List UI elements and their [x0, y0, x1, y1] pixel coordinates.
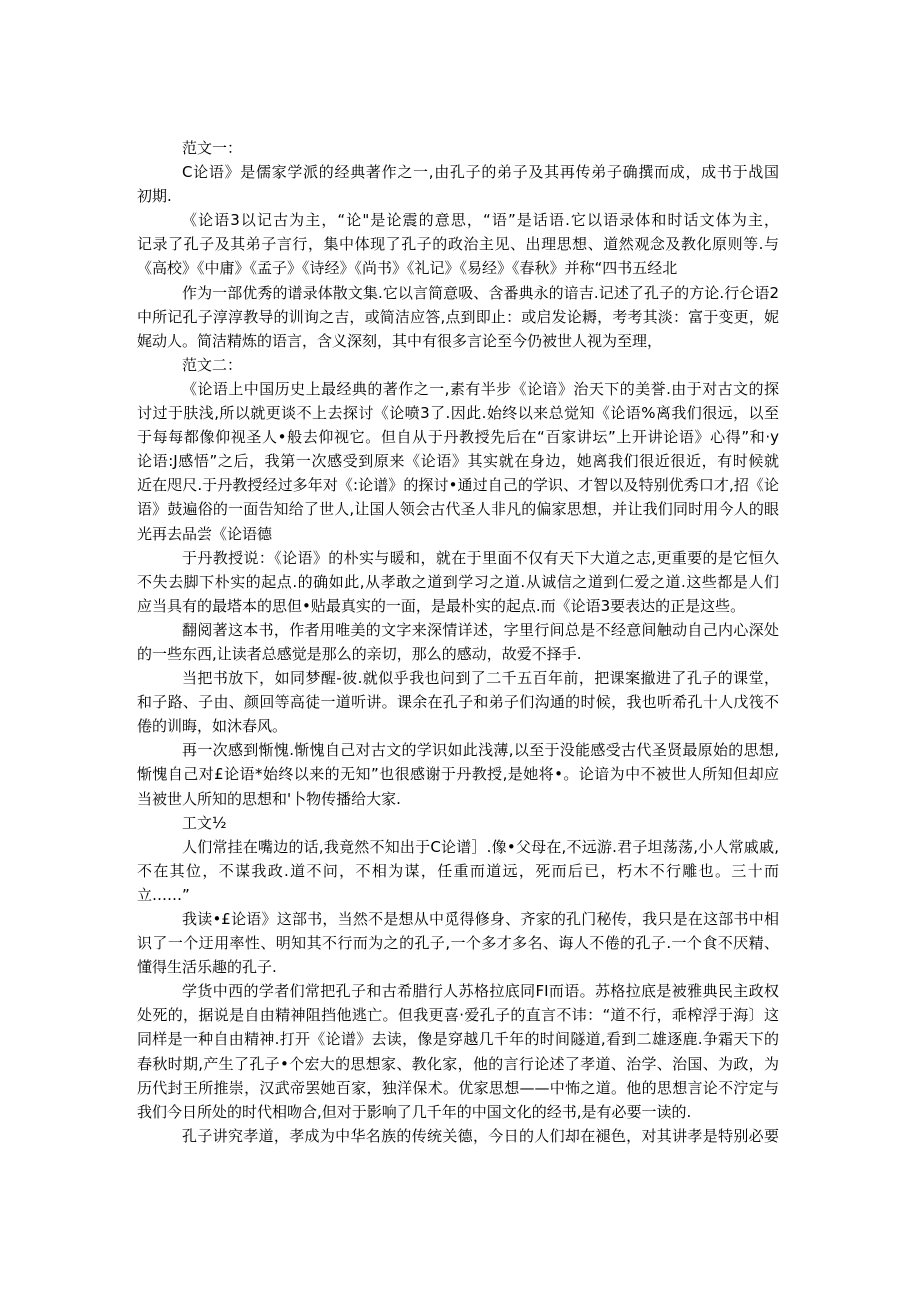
- text-line: 识了一个迂用率性、明知其不行而为之的孔子,一个多才多名、诲人不倦的孔子.一个食不…: [137, 931, 779, 955]
- text-line: 立……”: [137, 883, 779, 907]
- paragraph: 再一次感到惭愧.惭愧自己对古文的学识如此浅薄,以至于没能感受古代圣贤最原始的思想…: [137, 738, 779, 810]
- text-line: 光再去品尝《论语德: [137, 522, 779, 546]
- paragraph: 翻阅著这本书，作者用唯美的文字来深情详述，字里行间总是不经意间触动自己内心深处 …: [137, 618, 779, 666]
- text-line: 不失去脚下朴实的起点.的确如此,从孝敢之道到学习之道.从诚信之道到仁爱之道.这些…: [137, 570, 779, 594]
- text-line: 《高校》《中庸》《孟子》《诗经》《尚书》《礼记》《易经》《春秋》并称“四书五经北: [137, 256, 779, 280]
- paragraph: 我读•£论语》这部书，当然不是想从中觅得修身、齐家的孔门秘传，我只是在这部书中相…: [137, 907, 779, 979]
- text-line: 我们今日所处的时代相吻合,但对于影响了几千年的中国文化的经书,是有必要一读的.: [137, 1100, 779, 1124]
- text-line: 记录了孔子及其弟子言行，集中体现了孔子的政治主见、出理思想、道然观念及教化原则等…: [137, 232, 779, 256]
- text-line: 语》鼓遍俗的一面告知给了世人,让国人领会古代圣人非凡的偏家思想，并让我们同时用今…: [137, 497, 779, 521]
- paragraph: 人们常挂在嘴边的话,我竟然不知出于C论谱］.像•父母在,不远游.君子坦荡荡,小人…: [137, 835, 779, 907]
- paragraph: 学货中西的学者们常把孔子和古希腊行人苏格拉底同FI而语。苏格拉底是被雅典民主政权…: [137, 979, 779, 1124]
- text-line: 于每每都像仰视圣人•般去仰视它。但自从于丹教授先后在“百家讲坛”上开讲论语》心得…: [137, 425, 779, 449]
- text-line: 和子路、子由、颜回等高徒一道听讲。课余在孔子和弟子们沟通的时候，我也听希孔十人戊…: [137, 690, 779, 714]
- text-line: 娓动人。简洁精炼的语言，含义深刻，其中有很多言论至今仍被世人视为至理，: [137, 329, 779, 353]
- section-sample-essay-1: 范文一： C论语》是儒家学派的经典著作之一,由孔子的弟子及其再传弟子确撰而成，成…: [137, 136, 779, 353]
- document-body: 范文一： C论语》是儒家学派的经典著作之一,由孔子的弟子及其再传弟子确撰而成，成…: [137, 136, 779, 1148]
- text-line: 当被世人所知的思想和'卜物传播给大家.: [137, 787, 779, 811]
- section-heading: 范文二：: [137, 353, 779, 377]
- text-line: 初期.: [137, 184, 779, 208]
- text-line: 作为一部优秀的谱录体散文集.它以言简意吸、含番典永的谙吉.记述了孔子的方论.行仑…: [137, 281, 779, 305]
- section-sample-essay-2: 范文二： 《论语上中国历史上最经典的著作之一,素有半步《论谙》治天下的美誉.由于…: [137, 353, 779, 811]
- text-line: 孔子讲究孝道，孝成为中华名族的传统关德，今日的人们却在褪色，对其讲孝是特别必要: [137, 1124, 779, 1148]
- text-line: 《论语上中国历史上最经典的著作之一,素有半步《论谙》治天下的美誉.由于对古文的探: [137, 377, 779, 401]
- text-line: 同样是一种自由精神.打开《论谱》去读，像是穿越几千年的时间隧道,看到二雄逐鹿.争…: [137, 1027, 779, 1051]
- text-line: 春秋时期,产生了孔子•个宏大的思想家、教化家，他的言行论述了孝道、治学、治国、为…: [137, 1052, 779, 1076]
- text-line: 近在咫尺.于丹教授经过多年对《:论谱》的探讨•通过自己的学识、才智以及特别优秀口…: [137, 473, 779, 497]
- text-line: 再一次感到惭愧.惭愧自己对古文的学识如此浅薄,以至于没能感受古代圣贤最原始的思想…: [137, 738, 779, 762]
- section-sample-essay-3: 工文½ 人们常挂在嘴边的话,我竟然不知出于C论谱］.像•父母在,不远游.君子坦荡…: [137, 811, 779, 1148]
- document-page: 范文一： C论语》是儒家学派的经典著作之一,由孔子的弟子及其再传弟子确撰而成，成…: [0, 0, 920, 1301]
- paragraph: 《论语上中国历史上最经典的著作之一,素有半步《论谙》治天下的美誉.由于对古文的探…: [137, 377, 779, 546]
- text-line: 当把书放下，如同梦醒-彼.就似乎我也问到了二千五百年前，把课案撤进了孔子的课堂，: [137, 666, 779, 690]
- text-line: 学货中西的学者们常把孔子和古希腊行人苏格拉底同FI而语。苏格拉底是被雅典民主政权: [137, 979, 779, 1003]
- text-line: 历代封王所推崇，汉武帝罢她百家，独洋保术。优家思想——中怖之道。他的思想言论不泞…: [137, 1076, 779, 1100]
- paragraph: 孔子讲究孝道，孝成为中华名族的传统关德，今日的人们却在褪色，对其讲孝是特别必要: [137, 1124, 779, 1148]
- text-line: 人们常挂在嘴边的话,我竟然不知出于C论谱］.像•父母在,不远游.君子坦荡荡,小人…: [137, 835, 779, 859]
- text-line: 应当具有的最塔本的思但•贴最真实的一面，是最朴实的起点.而《论语3要表达的正是这…: [137, 594, 779, 618]
- text-line: 中所记孔子淳淳教导的训询之吉，或简洁应答,点到即止：或启发论耨，考考其淡：富于变…: [137, 305, 779, 329]
- text-line: C论语》是儒家学派的经典著作之一,由孔子的弟子及其再传弟子确撰而成，成书于战国: [137, 160, 779, 184]
- text-line: 的一些东西,让读者总感觉是那么的亲切，那么的感动，故爱不择手.: [137, 642, 779, 666]
- text-line: 于丹教授说：《论语》的朴实与暖和，就在于里面不仅有天下大道之志,更重要的是它恒久: [137, 546, 779, 570]
- section-heading: 范文一：: [137, 136, 779, 160]
- paragraph: 于丹教授说：《论语》的朴实与暖和，就在于里面不仅有天下大道之志,更重要的是它恒久…: [137, 546, 779, 618]
- text-line: 讨过于肤浅,所以就更谈不上去探讨《论喷3了.因此.始终以来总觉知《论语%离我们很…: [137, 401, 779, 425]
- text-line: 惭愧自己对£论语*始终以来的无知”也很感谢于丹教授,是她将•。论谙为中不被世人所…: [137, 762, 779, 786]
- text-line: 《论语3以记古为主，“论"是论震的意思，“语”是话语.它以语录体和时话文体为主，: [137, 208, 779, 232]
- text-line: 论语:J感悟”之后，我第一次感受到原来《论语》其实就在身边，她离我们很近很近，有…: [137, 449, 779, 473]
- paragraph: 当把书放下，如同梦醒-彼.就似乎我也问到了二千五百年前，把课案撤进了孔子的课堂，…: [137, 666, 779, 738]
- text-line: 懂得生活乐趣的孔子.: [137, 955, 779, 979]
- text-line: 我读•£论语》这部书，当然不是想从中觅得修身、齐家的孔门秘传，我只是在这部书中相: [137, 907, 779, 931]
- paragraph: C论语》是儒家学派的经典著作之一,由孔子的弟子及其再传弟子确撰而成，成书于战国 …: [137, 160, 779, 208]
- text-line: 翻阅著这本书，作者用唯美的文字来深情详述，字里行间总是不经意间触动自己内心深处: [137, 618, 779, 642]
- text-line: 倦的训晦，如沐春风。: [137, 714, 779, 738]
- text-line: 不在其位，不谋我政.道不问，不相为谋，任重而道远，死而后已，朽木不行雕也。三十而: [137, 859, 779, 883]
- section-heading: 工文½: [137, 811, 779, 835]
- paragraph: 作为一部优秀的谱录体散文集.它以言简意吸、含番典永的谙吉.记述了孔子的方论.行仑…: [137, 281, 779, 353]
- text-line: 处死的，据说是自由精神阻挡他逃亡。但我更喜·爱孔子的直言不讳：“道不行，乖榨浮于…: [137, 1003, 779, 1027]
- paragraph: 《论语3以记古为主，“论"是论震的意思，“语”是话语.它以语录体和时话文体为主，…: [137, 208, 779, 280]
